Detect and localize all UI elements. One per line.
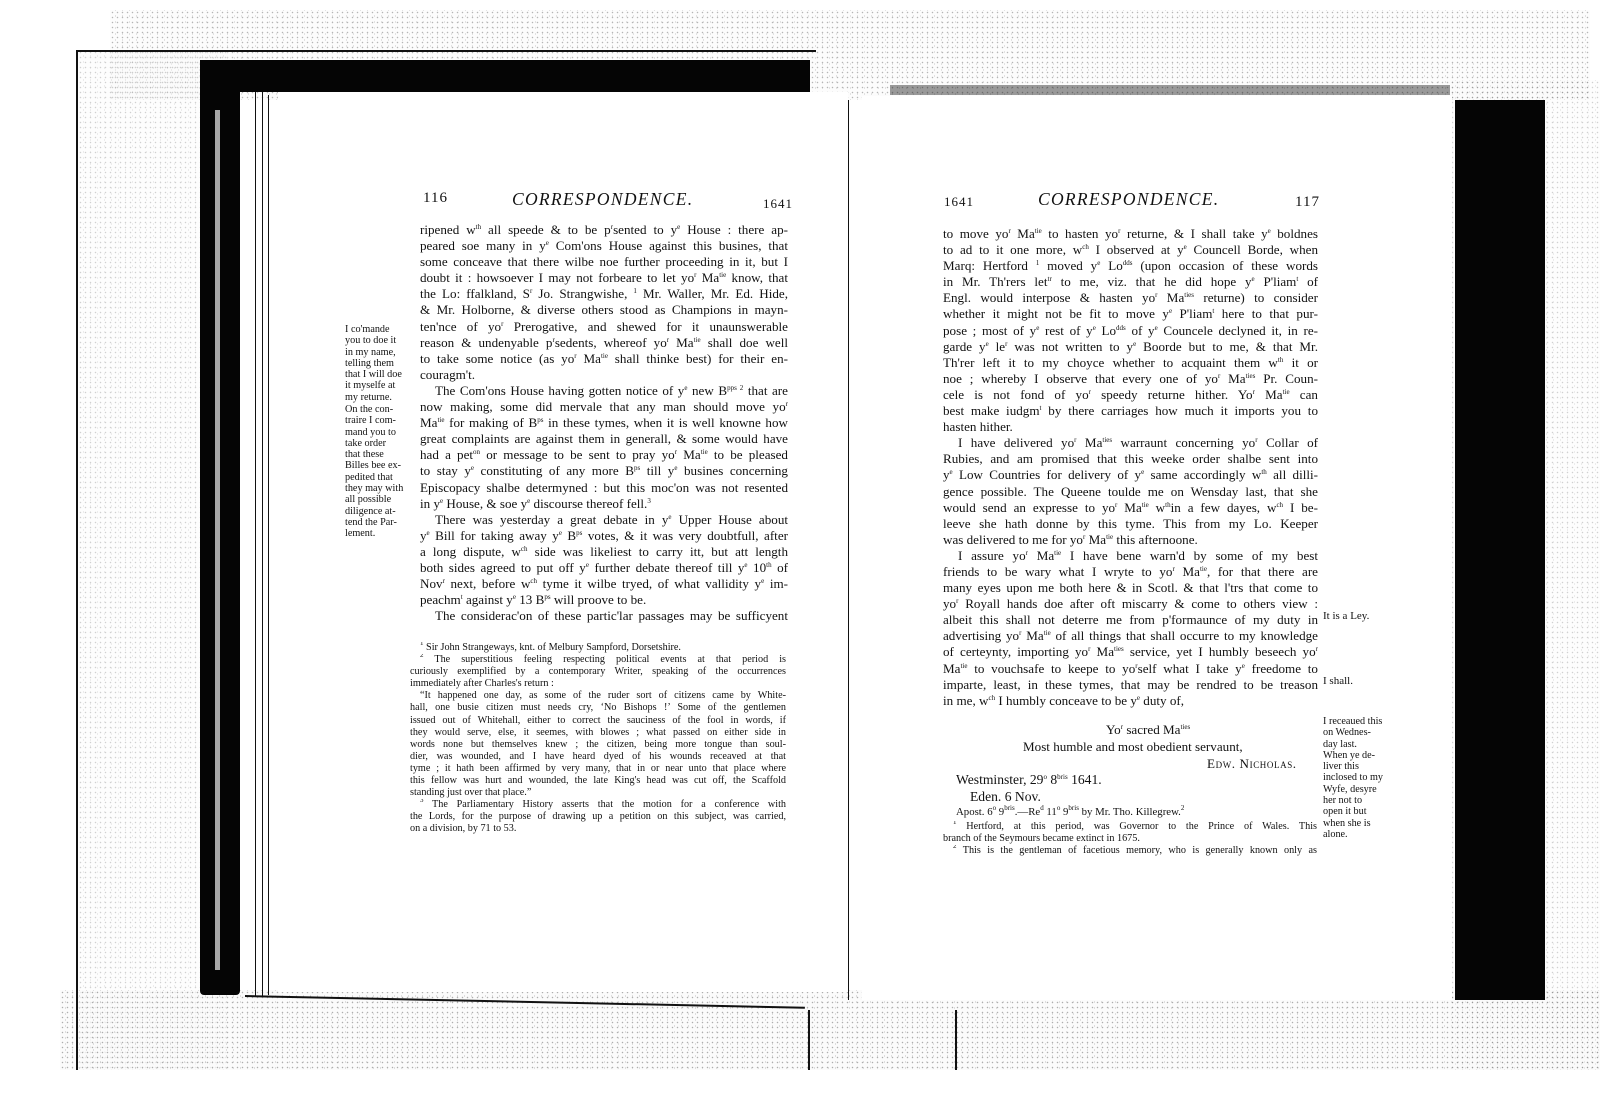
footnote-line: issued out of Whitehall, either to corre…: [410, 715, 786, 727]
text-line: both sides agreed to put off ye further …: [420, 560, 788, 576]
footnote-line: branch of the Seymours became extinct in…: [943, 833, 1317, 845]
footnote-line: “It happened one day, as some of the rud…: [410, 690, 786, 702]
text-line: Rubies, and am promised that this weeke …: [943, 451, 1318, 467]
margin-note-line: I receaued this: [1323, 716, 1383, 727]
right-running-title: CORRESPONDENCE.: [1038, 189, 1219, 210]
letter-signature: Edw. Nicholas.: [1207, 756, 1297, 772]
right-footnotes: 1 Hertford, at this period, was Governor…: [943, 821, 1317, 857]
text-line: some conceave that there wilbe noe furth…: [420, 254, 788, 270]
text-line: pose ; most of ye rest of ye Lodds of ye…: [943, 323, 1318, 339]
letter-salutation: Yor sacred Maties: [1106, 722, 1190, 738]
margin-note-line: all possible: [345, 494, 403, 505]
margin-note-line: take order: [345, 438, 403, 449]
margin-note-line: I shall.: [1323, 676, 1353, 687]
margin-note-line: diligence at-: [345, 506, 403, 517]
text-line: many eyes upon me both here & in Scotl. …: [943, 580, 1318, 596]
text-line: great complaints are against them in gen…: [420, 431, 788, 447]
margin-note-line: liver this: [1323, 761, 1383, 772]
text-line: Th'rer left it to my choyce whether to a…: [943, 355, 1318, 371]
text-line: whether it might not be fit to move ye P…: [943, 306, 1318, 322]
footnote-line: immediately after Charles's return :: [410, 678, 786, 690]
text-line: now making, some did mervale that any ma…: [420, 399, 788, 415]
text-line: ye Bill for taking away ye Bps votes, & …: [420, 528, 788, 544]
right-running-year: 1641: [944, 194, 974, 210]
text-line: advertising yor Matie of all things that…: [943, 628, 1318, 644]
text-line: was delivered to me for yor Matie this a…: [943, 532, 1318, 548]
margin-note-line: When ye de-: [1323, 750, 1383, 761]
right-page-number: 117: [1295, 194, 1320, 211]
footnote-line: words none but themselves knew ; the cit…: [410, 739, 786, 751]
footnote-line: 2 This is the gentleman of facetious mem…: [943, 845, 1317, 857]
text-line: hasten hither.: [943, 419, 1318, 435]
text-line: a long dispute, wch side was likeliest t…: [420, 544, 788, 560]
footnote-line: hall, one busie citizen must needs cry, …: [410, 702, 786, 714]
footnote-line: 1 Sir John Strangeways, knt. of Melbury …: [410, 642, 786, 654]
text-line: gence possible. The Queene toulde me on …: [943, 484, 1318, 500]
left-page-number: 116: [423, 190, 448, 207]
text-line: cele is not fond of yor speedy returne h…: [943, 387, 1318, 403]
left-margin-note-2: On the con-traire I com-mand you totake …: [345, 404, 403, 540]
text-line: imparte, least, in these tymes, that may…: [943, 677, 1318, 693]
letter-place-date: Westminster, 29o 8bris 1641.: [956, 772, 1102, 788]
footnote-line: 1 Hertford, at this period, was Governor…: [943, 821, 1317, 833]
text-line: doubt it : howsoever I may not forbeare …: [420, 270, 788, 286]
text-line: garde ye ler was not written to ye Boord…: [943, 339, 1318, 355]
text-line: There was yesterday a great debate in ye…: [420, 512, 788, 528]
text-line: peachmt against ye 13 Bps will proove to…: [420, 592, 788, 608]
margin-note-line: Wyfe, desyre: [1323, 784, 1383, 795]
text-line: noe ; whereby I observe that every one o…: [943, 371, 1318, 387]
right-body-text: to move yor Matie to hasten yor returne,…: [943, 226, 1318, 709]
left-margin-note-1: I co'mandeyou to doe itin my name,tellin…: [345, 324, 402, 403]
text-line: to ad to it one more, wch I observed at …: [943, 242, 1318, 258]
right-margin-note-3: I receaued thison Wednes-day last.When y…: [1323, 716, 1383, 840]
letter-subscription: Most humble and most obedient servaunt,: [1023, 739, 1243, 755]
text-line: Matie for making of Bps in these tymes, …: [420, 415, 788, 431]
margin-note-line: that these: [345, 449, 403, 460]
margin-note-line: On the con-: [345, 404, 403, 415]
footnote-line: tyme ; it hath been affirmed by very man…: [410, 763, 786, 775]
spine-highlight: [215, 110, 220, 970]
text-line: the Lo: ffalkland, Sr Jo. Strangwishe, 1…: [420, 286, 788, 302]
margin-note-line: my returne.: [345, 392, 402, 403]
left-running-year: 1641: [763, 196, 793, 212]
text-line: to stay ye constituting of any more Bps …: [420, 463, 788, 479]
text-line: had a peton or message to be sent to pra…: [420, 447, 788, 463]
margin-note-line: Billes bee ex-: [345, 460, 403, 471]
footnote-line: 2 The superstitious feeling respecting p…: [410, 654, 786, 666]
text-line: & Mr. Holborne, & diverse others stood a…: [420, 302, 788, 318]
text-line: couragm't.: [420, 367, 788, 383]
left-body-text: ripened wth all speede & to be prsented …: [420, 222, 788, 624]
text-line: The Com'ons House having gotten notice o…: [420, 383, 788, 399]
text-line: I have delivered yor Maties warraunt con…: [943, 435, 1318, 451]
margin-note-line: day last.: [1323, 739, 1383, 750]
margin-note-line: when she is: [1323, 818, 1383, 829]
margin-note-line: open it but: [1323, 806, 1383, 817]
text-line: of certeynty, importing yor Maties servi…: [943, 644, 1318, 660]
text-line: Novr next, before wch tyme it wilbe trye…: [420, 576, 788, 592]
endorsement-eden: Eden. 6 Nov.: [970, 789, 1041, 805]
margin-note-line: her not to: [1323, 795, 1383, 806]
margin-note-line: alone.: [1323, 829, 1383, 840]
text-line: Matie to vouchsafe to keepe to yorself w…: [943, 661, 1318, 677]
text-line: in ye House, & soe ye discourse thereof …: [420, 496, 788, 512]
text-line: best make iudgmt by there carriages how …: [943, 403, 1318, 419]
margin-note-line: you to doe it: [345, 335, 402, 346]
text-line: Marq: Hertford 1 moved ye Lodds (upon oc…: [943, 258, 1318, 274]
text-line: I assure yor Matie I have bene warn'd by…: [943, 548, 1318, 564]
margin-note-line: pedited that: [345, 472, 403, 483]
margin-note-line: telling them: [345, 358, 402, 369]
text-line: ye Low Countries for delivery of ye same…: [943, 467, 1318, 483]
margin-note-line: I co'mande: [345, 324, 402, 335]
margin-note-line: in my name,: [345, 347, 402, 358]
text-line: to move yor Matie to hasten yor returne,…: [943, 226, 1318, 242]
margin-note-line: inclosed to my: [1323, 772, 1383, 783]
text-line: The considerac'on of these partic'lar pa…: [420, 608, 788, 624]
footnote-line: on a division, by 71 to 53.: [410, 823, 786, 835]
footnote-line: standing just over that place.”: [410, 787, 786, 799]
footnote-line: curiously exemplified by a contemporary …: [410, 666, 786, 678]
text-line: peared soe many in ye Com'ons House agai…: [420, 238, 788, 254]
gutter-line: [848, 100, 849, 1000]
footnote-line: the Lords, for the purpose of drawing up…: [410, 811, 786, 823]
text-line: in me, wch I humbly conceave to be ye du…: [943, 693, 1318, 709]
left-footnotes: 1 Sir John Strangeways, knt. of Melbury …: [410, 642, 786, 836]
text-line: reason & undenyable prsedents, whereof y…: [420, 335, 788, 351]
footnote-line: 3 The Parliamentary History asserts that…: [410, 799, 786, 811]
text-line: ten'nce of yor Prerogative, and shewed f…: [420, 319, 788, 335]
margin-note-line: on Wednes-: [1323, 727, 1383, 738]
margin-note-line: It is a Ley.: [1323, 611, 1369, 622]
endorsement-apost: Apost. 6o 9bris.—Red 11o 9bris by Mr. Th…: [956, 806, 1184, 818]
margin-note-line: lement.: [345, 528, 403, 539]
text-line: Engl. would interpose & hasten yor Matie…: [943, 290, 1318, 306]
text-line: in Mr. Th'rers lettr to me, viz. that he…: [943, 274, 1318, 290]
footnote-line: dier, was wounded, and I have heard dyed…: [410, 751, 786, 763]
left-running-title: CORRESPONDENCE.: [512, 189, 693, 210]
margin-note-line: that I will doe: [345, 369, 402, 380]
text-line: to take some notice (as yor Matie shall …: [420, 351, 788, 367]
text-line: ripened wth all speede & to be prsented …: [420, 222, 788, 238]
right-margin-note-1: It is a Ley.: [1323, 611, 1369, 622]
margin-note-line: mand you to: [345, 427, 403, 438]
right-margin-note-2: I shall.: [1323, 676, 1353, 687]
margin-note-line: they may with: [345, 483, 403, 494]
text-line: albeit this shall not deterre me from p'…: [943, 612, 1318, 628]
margin-note-line: tend the Par-: [345, 517, 403, 528]
footnote-line: they would serve, else, it seemes, with …: [410, 727, 786, 739]
text-line: friends to be wary what I wryte to yor M…: [943, 564, 1318, 580]
text-line: Episcopacy shalbe determyned : but this …: [420, 480, 788, 496]
text-line: leeve she hath donne by this tyme. This …: [943, 516, 1318, 532]
footnote-line: this fellow was hurt and wounded, the la…: [410, 775, 786, 787]
text-line: would send an expresse to yor Matie wthi…: [943, 500, 1318, 516]
margin-note-line: it myselfe at: [345, 380, 402, 391]
text-line: yor Royall hands doe after oft miscarry …: [943, 596, 1318, 612]
margin-note-line: traire I com-: [345, 415, 403, 426]
